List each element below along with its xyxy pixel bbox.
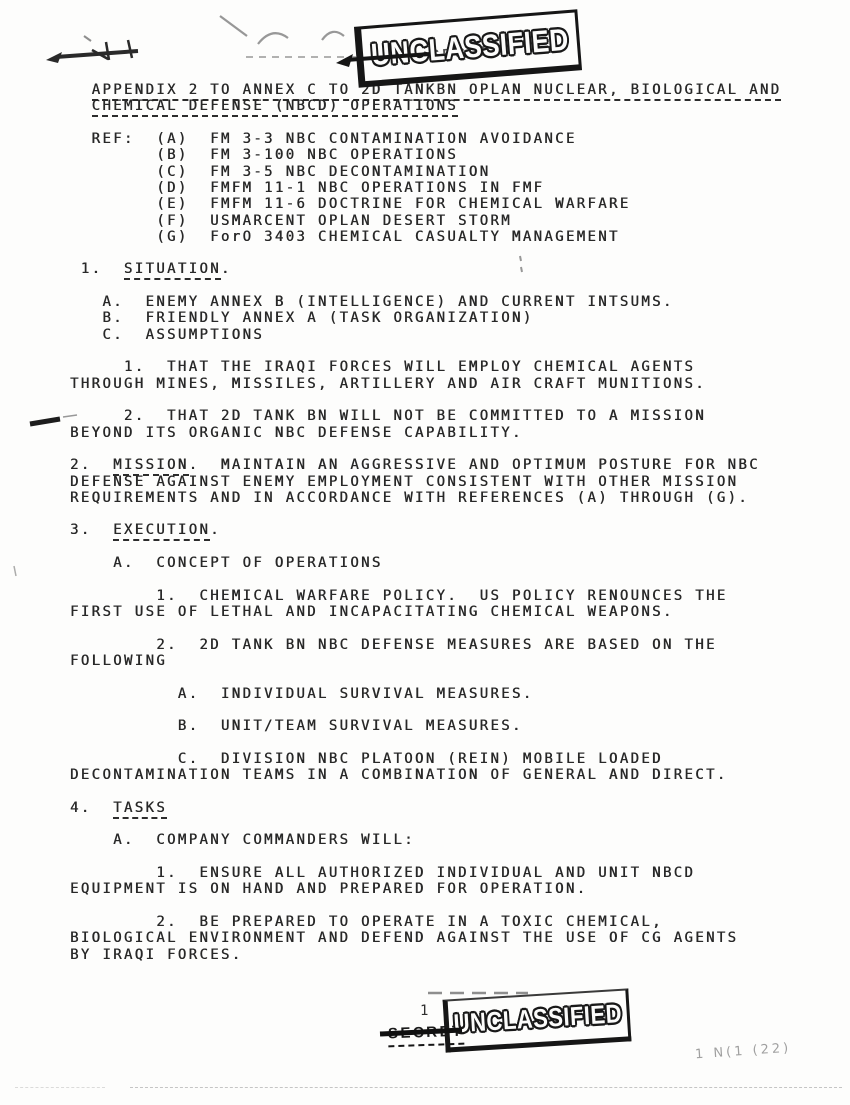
handwritten-note: 1 N(1 (22) [695,1041,792,1063]
document-line [70,898,781,914]
document-line [70,506,781,522]
unclassified-stamp-label: UNCLASSIFIED [453,998,623,1039]
document-line [70,115,781,131]
scan-artifact-line [130,1087,842,1088]
document-line [70,702,781,718]
scanned-document-page: APPENDIX 2 TO ANNEX C TO 2D TANKBN OPLAN… [0,0,850,1105]
document-line [70,278,781,294]
document-line: 4. TASKS [70,800,781,816]
document-line: 1. ENSURE ALL AUTHORIZED INDIVIDUAL AND … [70,865,781,881]
page-number: 1 [420,1003,428,1019]
document-line: (C) FM 3-5 NBC DECONTAMINATION [70,164,781,180]
document-line: FOLLOWING [70,653,781,669]
document-line: BIOLOGICAL ENVIRONMENT AND DEFEND AGAINS… [70,930,781,946]
document-line: BY IRAQI FORCES. [70,947,781,963]
document-body: APPENDIX 2 TO ANNEX C TO 2D TANKBN OPLAN… [70,82,781,963]
document-line: DECONTAMINATION TEAMS IN A COMBINATION O… [70,767,781,783]
document-line [70,735,781,751]
document-line: (D) FMFM 11-1 NBC OPERATIONS IN FMF [70,180,781,196]
scan-artifact-line [15,1087,105,1088]
document-line: A. INDIVIDUAL SURVIVAL MEASURES. [70,686,781,702]
document-line [70,245,781,261]
document-line: 2. THAT 2D TANK BN WILL NOT BE COMMITTED… [70,408,781,424]
document-line: (G) ForO 3403 CHEMICAL CASUALTY MANAGEME… [70,229,781,245]
unclassified-stamp-bottom: UNCLASSIFIED [443,988,632,1052]
document-line: EQUIPMENT IS ON HAND AND PREPARED FOR OP… [70,881,781,897]
document-line: 3. EXECUTION. [70,522,781,538]
document-line: THROUGH MINES, MISSILES, ARTILLERY AND A… [70,376,781,392]
document-line: (B) FM 3-100 NBC OPERATIONS [70,147,781,163]
document-line: 1. THAT THE IRAQI FORCES WILL EMPLOY CHE… [70,359,781,375]
document-line: A. CONCEPT OF OPERATIONS [70,555,781,571]
document-line: 2. 2D TANK BN NBC DEFENSE MEASURES ARE B… [70,637,781,653]
document-line: 1. CHEMICAL WARFARE POLICY. US POLICY RE… [70,588,781,604]
document-line: (E) FMFM 11-6 DOCTRINE FOR CHEMICAL WARF… [70,196,781,212]
document-line [70,392,781,408]
document-line: APPENDIX 2 TO ANNEX C TO 2D TANKBN OPLAN… [70,82,781,98]
document-line: DEFENSE AGAINST ENEMY EMPLOYMENT CONSIST… [70,474,781,490]
document-line: FIRST USE OF LETHAL AND INCAPACITATING C… [70,604,781,620]
document-line [70,669,781,685]
unclassified-stamp-top: UNCLASSIFIED [354,9,582,87]
document-line: 2. MISSION. MAINTAIN AN AGGRESSIVE AND O… [70,457,781,473]
document-line: B. FRIENDLY ANNEX A (TASK ORGANIZATION) [70,310,781,326]
document-line [70,783,781,799]
document-line: 2. BE PREPARED TO OPERATE IN A TOXIC CHE… [70,914,781,930]
document-line [70,849,781,865]
unclassified-stamp-label: UNCLASSIFIED [370,21,570,73]
document-line [70,343,781,359]
document-line: (F) USMARCENT OPLAN DESERT STORM [70,213,781,229]
document-line [70,571,781,587]
document-line: REF: (A) FM 3-3 NBC CONTAMINATION AVOIDA… [70,131,781,147]
document-line: REQUIREMENTS AND IN ACCORDANCE WITH REFE… [70,490,781,506]
document-line: B. UNIT/TEAM SURVIVAL MEASURES. [70,718,781,734]
document-line: BEYOND ITS ORGANIC NBC DEFENSE CAPABILIT… [70,425,781,441]
document-line: C. ASSUMPTIONS [70,327,781,343]
document-line [70,620,781,636]
document-line [70,816,781,832]
document-line: C. DIVISION NBC PLATOON (REIN) MOBILE LO… [70,751,781,767]
document-line [70,539,781,555]
document-line: 1. SITUATION. [70,261,781,277]
document-line [70,441,781,457]
document-line: A. ENEMY ANNEX B (INTELLIGENCE) AND CURR… [70,294,781,310]
document-line: A. COMPANY COMMANDERS WILL: [70,832,781,848]
